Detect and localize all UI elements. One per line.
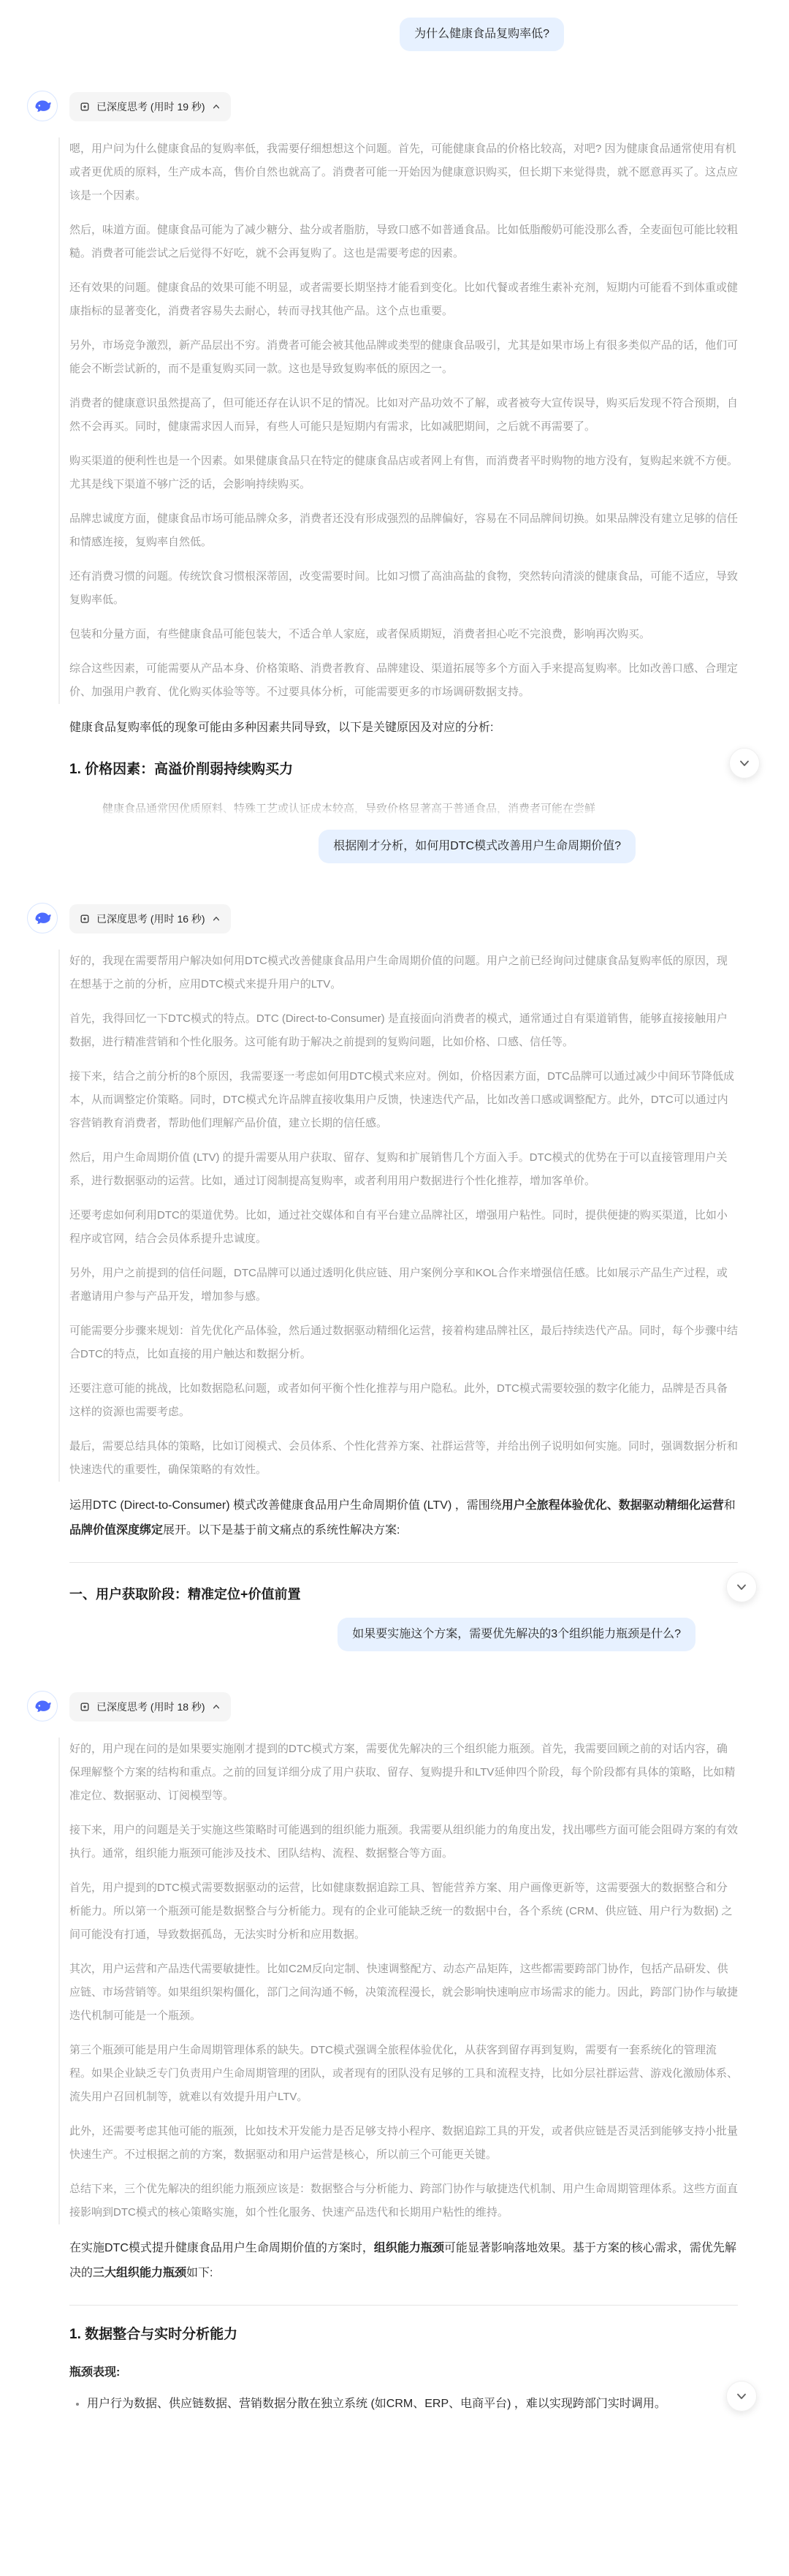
thinking-paragraph: 接下来，用户的问题是关于实施这些策略时可能遇到的组织能力瓶颈。我需要从组织能力的… (69, 1819, 738, 1865)
scroll-to-bottom-button[interactable] (729, 748, 760, 779)
sub-label: 瓶颈表现: (69, 2363, 738, 2379)
thinking-content: 好的，用户现在问的是如果要实施刚才提到的DTC模式方案，需要优先解决的三个组织能… (58, 1738, 738, 2224)
user-message-row: 为什么健康食品复购率低? (69, 18, 738, 51)
thinking-paragraph: 嗯，用户问为什么健康食品的复购率低，我需要仔细想想这个问题。首先，可能健康食品的… (69, 137, 738, 208)
user-message-row: 根据刚才分析，如何用DTC模式改善用户生命周期价值? (69, 830, 738, 863)
deepthink-toggle-button[interactable]: 已深度思考 (用时 19 秒) (69, 92, 231, 121)
list-item: 用户行为数据、供应链数据、营销数据分散在独立系统 (如CRM、ERP、电商平台)… (87, 2393, 738, 2416)
thinking-paragraph: 品牌忠诚度方面，健康食品市场可能品牌众多，消费者还没有形成强烈的品牌偏好，容易在… (69, 507, 738, 554)
thinking-paragraph: 其次，用户运营和产品迭代需要敏捷性。比如C2M反向定制、快速调整配方、动态产品矩… (69, 1958, 738, 2028)
thinking-content: 嗯，用户问为什么健康食品的复购率低，我需要仔细想想这个问题。首先，可能健康食品的… (58, 137, 738, 704)
assistant-avatar (27, 91, 58, 121)
assistant-answer: 在实施DTC模式提升健康食品用户生命周期价值的方案时，组织能力瓶颈可能显著影响落… (69, 2236, 738, 2416)
chevron-up-icon (212, 914, 221, 923)
assistant-answer: 运用DTC (Direct-to-Consumer) 模式改善健康食品用户生命周… (69, 1493, 738, 1605)
assistant-avatar (27, 1691, 58, 1721)
thinking-paragraph: 此外，还需要考虑其他可能的瓶颈，比如技术开发能力是否足够支持小程序、数据追踪工具… (69, 2120, 738, 2167)
assistant-message: 已深度思考 (用时 18 秒) 好的，用户现在问的是如果要实施刚才提到的DTC模… (69, 1692, 738, 2416)
section-divider (69, 1562, 738, 1563)
thinking-paragraph: 第三个瓶颈可能是用户生命周期管理体系的缺失。DTC模式强调全旅程体验优化，从获客… (69, 2039, 738, 2109)
deepthink-icon (80, 1702, 90, 1712)
deepthink-label: 已深度思考 (用时 18 秒) (96, 1700, 205, 1714)
section-divider (69, 2305, 738, 2306)
user-message-row: 如果要实施这个方案，需要优先解决的3个组织能力瓶颈是什么? (69, 1618, 738, 1651)
thinking-paragraph: 最后，需要总结具体的策略，比如订阅模式、会员体系、个性化营养方案、社群运营等，并… (69, 1435, 738, 1482)
thinking-paragraph: 消费者的健康意识虽然提高了，但可能还存在认识不足的情况。比如对产品功效不了解，或… (69, 392, 738, 439)
thinking-paragraph: 综合这些因素，可能需要从产品本身、价格策略、消费者教育、品牌建设、渠道拓展等多个… (69, 657, 738, 704)
thinking-paragraph: 还要考虑如何利用DTC的渠道优势。比如，通过社交媒体和自有平台建立品牌社区，增强… (69, 1204, 738, 1251)
answer-intro: 在实施DTC模式提升健康食品用户生命周期价值的方案时，组织能力瓶颈可能显著影响落… (69, 2236, 738, 2286)
deepthink-label: 已深度思考 (用时 16 秒) (96, 912, 205, 926)
thinking-paragraph: 好的，用户现在问的是如果要实施刚才提到的DTC模式方案，需要优先解决的三个组织能… (69, 1738, 738, 1808)
user-message-bubble: 如果要实施这个方案，需要优先解决的3个组织能力瓶颈是什么? (338, 1618, 695, 1651)
answer-intro: 运用DTC (Direct-to-Consumer) 模式改善健康食品用户生命周… (69, 1493, 738, 1543)
thinking-paragraph: 还有消费习惯的问题。传统饮食习惯根深蒂固，改变需要时间。比如习惯了高油高盐的食物… (69, 565, 738, 612)
chevron-down-icon (738, 757, 751, 770)
thinking-paragraph: 包装和分量方面，有些健康食品可能包装大，不适合单人家庭，或者保质期短，消费者担心… (69, 623, 738, 646)
section-heading: 1. 数据整合与实时分析能力 (69, 2325, 738, 2345)
truncated-text: 健康食品通常因优质原料、特殊工艺或认证成本较高，导致价格显著高于普通食品，消费者… (69, 798, 738, 817)
chevron-down-icon (735, 1580, 748, 1594)
thinking-paragraph: 然后，用户生命周期价值 (LTV) 的提升需要从用户获取、留存、复购和扩展销售几… (69, 1146, 738, 1193)
thinking-paragraph: 总结下来，三个优先解决的组织能力瓶颈应该是：数据整合与分析能力、跨部门协作与敏捷… (69, 2178, 738, 2224)
user-message-bubble: 根据刚才分析，如何用DTC模式改善用户生命周期价值? (319, 830, 636, 863)
scroll-to-bottom-button[interactable] (726, 1572, 757, 1602)
chevron-down-icon (735, 2390, 748, 2403)
section-heading: 一、用户获取阶段：精准定位+价值前置 (69, 1585, 738, 1605)
deepthink-icon (80, 102, 90, 112)
whale-logo-icon (33, 1697, 52, 1716)
thinking-paragraph: 还要注意可能的挑战，比如数据隐私问题，或者如何平衡个性化推荐与用户隐私。此外，D… (69, 1377, 738, 1424)
user-message-bubble: 为什么健康食品复购率低? (400, 18, 564, 51)
whale-logo-icon (33, 909, 52, 928)
assistant-avatar (27, 903, 58, 933)
deepthink-label: 已深度思考 (用时 19 秒) (96, 99, 205, 114)
assistant-answer: 健康食品复购率低的现象可能由多种因素共同导致，以下是关键原因及对应的分析: 1.… (69, 716, 738, 817)
whale-logo-icon (33, 96, 52, 115)
deepthink-icon (80, 914, 90, 924)
thinking-paragraph: 然后，味道方面。健康食品可能为了减少糖分、盐分或者脂肪，导致口感不如普通食品。比… (69, 219, 738, 265)
scroll-to-bottom-button[interactable] (726, 2381, 757, 2412)
thinking-paragraph: 好的，我现在需要帮用户解决如何用DTC模式改善健康食品用户生命周期价值的问题。用… (69, 950, 738, 996)
chat-container: 为什么健康食品复购率低? 已深度思考 (用时 19 秒) 嗯，用户问为什么健康食… (0, 0, 789, 2445)
answer-intro: 健康食品复购率低的现象可能由多种因素共同导致，以下是关键原因及对应的分析: (69, 716, 738, 740)
thinking-paragraph: 可能需要分步骤来规划：首先优化产品体验，然后通过数据驱动精细化运营，接着构建品牌… (69, 1319, 738, 1366)
chevron-up-icon (212, 102, 221, 111)
thinking-paragraph: 接下来，结合之前分析的8个原因，我需要逐一考虑如何用DTC模式来应对。例如，价格… (69, 1065, 738, 1135)
thinking-paragraph: 首先，我得回忆一下DTC模式的特点。DTC (Direct-to-Consume… (69, 1007, 738, 1054)
thinking-content: 好的，我现在需要帮用户解决如何用DTC模式改善健康食品用户生命周期价值的问题。用… (58, 950, 738, 1482)
deepthink-toggle-button[interactable]: 已深度思考 (用时 18 秒) (69, 1692, 231, 1721)
bullet-list: 用户行为数据、供应链数据、营销数据分散在独立系统 (如CRM、ERP、电商平台)… (69, 2393, 738, 2416)
chevron-up-icon (212, 1702, 221, 1711)
answer-heading: 1. 价格因素：高溢价削弱持续购买力 (69, 759, 738, 780)
thinking-paragraph: 购买渠道的便利性也是一个因素。如果健康食品只在特定的健康食品店或者网上有售，而消… (69, 450, 738, 496)
thinking-paragraph: 另外，用户之前提到的信任问题，DTC品牌可以通过透明化供应链、用户案例分享和KO… (69, 1262, 738, 1308)
thinking-paragraph: 首先，用户提到的DTC模式需要数据驱动的运营，比如健康数据追踪工具、智能营养方案… (69, 1876, 738, 1947)
deepthink-toggle-button[interactable]: 已深度思考 (用时 16 秒) (69, 904, 231, 933)
assistant-message: 已深度思考 (用时 16 秒) 好的，我现在需要帮用户解决如何用DTC模式改善健… (69, 904, 738, 1605)
thinking-paragraph: 还有效果的问题。健康食品的效果可能不明显，或者需要长期坚持才能看到变化。比如代餐… (69, 276, 738, 323)
assistant-message: 已深度思考 (用时 19 秒) 嗯，用户问为什么健康食品的复购率低，我需要仔细想… (69, 92, 738, 817)
thinking-paragraph: 另外，市场竞争激烈，新产品层出不穷。消费者可能会被其他品牌或类型的健康食品吸引，… (69, 334, 738, 381)
